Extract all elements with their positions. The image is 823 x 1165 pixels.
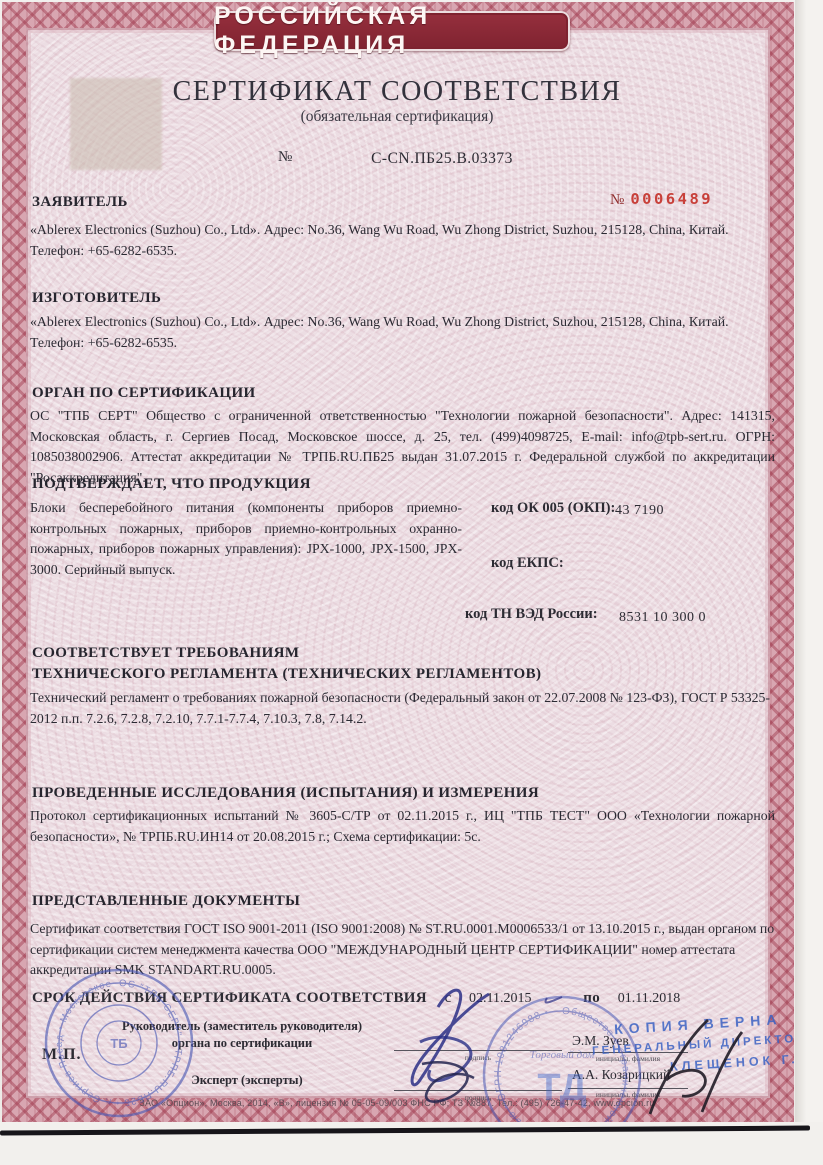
product-heading: ПОДТВЕРЖДАЕТ, ЧТО ПРОДУКЦИЯ bbox=[32, 476, 311, 493]
page-subtitle: (обязательная сертификация) bbox=[2, 108, 792, 126]
cert-number-value: С-CN.ПБ25.В.03373 bbox=[332, 150, 552, 168]
applicant-heading: ЗАЯВИТЕЛЬ bbox=[32, 194, 128, 211]
header-banner: РОССИЙСКАЯ ФЕДЕРАЦИЯ bbox=[214, 11, 570, 51]
code-tnved-value: 8531 10 300 0 bbox=[619, 610, 706, 626]
left-stamp-monogram: ТБ bbox=[110, 1036, 127, 1051]
cert-body-heading: ОРГАН ПО СЕРТИФИКАЦИИ bbox=[32, 385, 256, 402]
applicant-text: «Ablerex Electronics (Suzhou) Co., Ltd».… bbox=[30, 220, 772, 261]
manufacturer-heading: ИЗГОТОВИТЕЛЬ bbox=[32, 290, 161, 307]
code-tnved-label: код ТН ВЭД России: bbox=[465, 606, 598, 623]
manufacturer-text: «Ablerex Electronics (Suzhou) Co., Ltd».… bbox=[30, 312, 772, 353]
certificate-sheet: РОССИЙСКАЯ ФЕДЕРАЦИЯ СЕРТИФИКАТ СООТВЕТС… bbox=[2, 2, 794, 1122]
banner-text: РОССИЙСКАЯ ФЕДЕРАЦИЯ bbox=[214, 2, 570, 60]
requirements-heading2: ТЕХНИЧЕСКОГО РЕГЛАМЕНТА (ТЕХНИЧЕСКИХ РЕГ… bbox=[32, 666, 541, 683]
blank-number-label: № bbox=[610, 192, 624, 208]
blank-number: №0006489 bbox=[610, 190, 713, 209]
cert-number-label: № bbox=[278, 149, 292, 166]
tests-heading: ПРОВЕДЕННЫЕ ИССЛЕДОВАНИЯ (ИСПЫТАНИЯ) И И… bbox=[32, 785, 539, 802]
documents-heading: ПРЕДСТАВЛЕННЫЕ ДОКУМЕНТЫ bbox=[32, 893, 300, 910]
validity-from-label: с bbox=[445, 990, 452, 1006]
page-title: СЕРТИФИКАТ СООТВЕТСТВИЯ bbox=[2, 76, 792, 108]
tests-text: Протокол сертификационных испытаний № 36… bbox=[30, 806, 775, 847]
certification-body-stamp: ОС "ТПБ СЕРТ" • ТРПБ.RU.ПБ25 • г. Сергие… bbox=[40, 964, 198, 1122]
product-text: Блоки бесперебойного питания (компоненты… bbox=[30, 498, 462, 581]
requirements-text: Технический регламент о требованиях пожа… bbox=[30, 688, 775, 729]
code-okp-value: 43 7190 bbox=[615, 503, 664, 519]
scan-page-edge-right bbox=[795, 0, 823, 1165]
blank-number-digits: 0006489 bbox=[630, 190, 713, 208]
requirements-heading1: СООТВЕТСТВУЕТ ТРЕБОВАНИЯМ bbox=[32, 645, 299, 662]
code-okp-label: код ОК 005 (ОКП): bbox=[491, 500, 615, 517]
code-ekps-label: код ЕКПС: bbox=[491, 555, 564, 572]
